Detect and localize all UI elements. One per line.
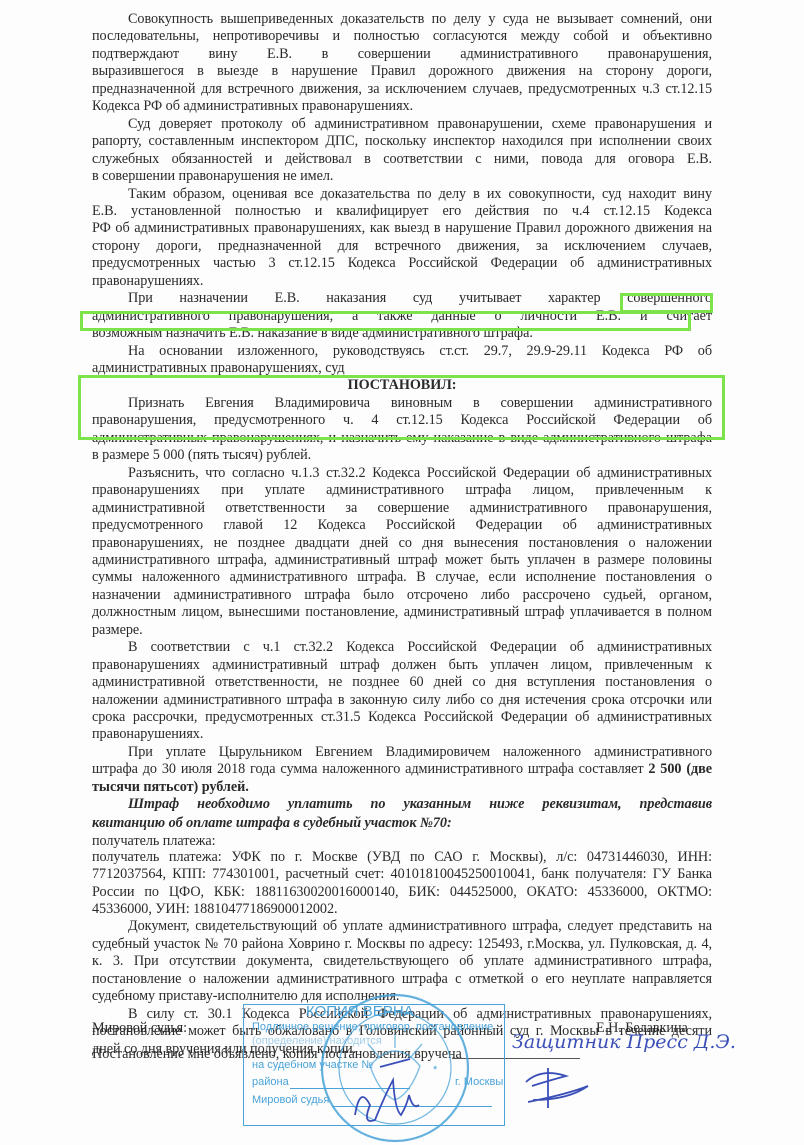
svg-text:*: *: [433, 1064, 438, 1076]
stamp-city: г. Москвы: [455, 1077, 503, 1088]
document-line: подтверждают вину Е.В. в совершении адми…: [92, 45, 712, 63]
document-line: предназначенной для встречного движения,…: [92, 80, 712, 98]
document-line: Суд доверяет протоколу об административн…: [128, 115, 712, 133]
judge-signature-icon: [345, 1055, 425, 1135]
document-line: Кодекса РФ об административных правонару…: [92, 97, 712, 115]
document-line: судебный участок № 70 района Ховрино г. …: [92, 935, 712, 953]
document-line: к. 3. При отсутствии документа, свидетел…: [92, 952, 712, 970]
document-line: Разъяснить, что согласно ч.1.3 ст.32.2 К…: [128, 464, 712, 482]
document-line: должностным лицом, вынесшими постановлен…: [92, 603, 712, 621]
document-line: административного правонарушения, а такж…: [92, 307, 712, 325]
document-line: административных правонарушениях, и назн…: [92, 429, 712, 447]
document-line: наложении административного штрафа в зак…: [92, 691, 712, 709]
document-line: административной ответственности, не поз…: [92, 673, 712, 691]
document-line: в размере 5 000 (пять тысяч) рублей.: [92, 446, 712, 464]
document-line: Штраф необходимо уплатить по указанным н…: [128, 795, 712, 813]
stamp-title: КОПИЯ ВЕРНА: [306, 1004, 414, 1019]
reduced-fine-amount: 2 500 (две: [648, 761, 712, 777]
document-line: Таким образом, оценивая все доказательст…: [128, 185, 712, 203]
document-line: правонарушениях при уплате административ…: [92, 481, 712, 499]
document-line: В соответствии с ч.1 ст.32.2 Кодекса Рос…: [128, 638, 712, 656]
document-line: предусмотренных частью 3 ст.12.15 Кодекс…: [92, 254, 712, 272]
document-line: квитанцию об оплате штрафа в судебный уч…: [92, 814, 712, 832]
document-line: Документ, свидетельствующий об уплате ад…: [128, 917, 712, 935]
document-line: рапорту, составленным инспектором ДПС, п…: [92, 132, 712, 150]
document-line: 7712037564, КПП: 774301001, расчетный сч…: [92, 865, 712, 883]
document-line: ПОСТАНОВИЛ:: [92, 376, 712, 394]
document-line: При назначении Е.В. наказания суд учитыв…: [128, 289, 712, 307]
document-line: назначении административного штрафа было…: [92, 586, 712, 604]
document-line: срока рассрочки, предусмотренных ст.31.5…: [92, 708, 712, 726]
document-line: сторону дороги, предназначенной для встр…: [92, 237, 712, 255]
document-line: административной ответственности за сове…: [92, 499, 712, 517]
document-line: получатель платежа: УФК по г. Москве (УВ…: [92, 848, 712, 866]
document-line: Совокупность вышеприведенных доказательс…: [128, 10, 712, 28]
document-line: правонарушениях административный штраф д…: [92, 656, 712, 674]
stamp-district-label: района: [252, 1077, 289, 1088]
document-line: России по ЦФО, КБК: 18811630020016000140…: [92, 883, 712, 901]
document-line: суммы наложенного административного штра…: [92, 568, 712, 586]
line-text: штрафа до 30 июля 2018 года сумма наложе…: [92, 761, 648, 777]
document-line: При уплате Цырульником Евгением Владимир…: [128, 743, 712, 761]
document-line: 45336000, УИН: 18810477186900012002.: [92, 900, 712, 918]
document-line: На основании изложенного, руководствуясь…: [128, 342, 712, 360]
document-line: административного штрафа, административн…: [92, 551, 712, 569]
stamp-line-1: Подлинное решение, приговор, постановлен…: [252, 1022, 493, 1033]
document-page: Совокупность вышеприведенных доказательс…: [0, 0, 804, 1145]
document-line: служебных обязанностей и действовал в со…: [92, 150, 712, 168]
document-line: административных правонарушениях, суд: [92, 359, 712, 377]
document-line: штрафа до 30 июля 2018 года сумма наложе…: [92, 760, 712, 778]
document-line: возможным назначить Е.В. наказание в вид…: [92, 324, 712, 342]
svg-text:Защитник Пресс Д.Э.: Защитник Пресс Д.Э.: [512, 1031, 736, 1053]
document-line: постановление о наложении административн…: [92, 970, 712, 988]
document-line: в совершении правонарушения не имел.: [92, 167, 712, 185]
document-line: предусмотренного главой 12 Кодекса Росси…: [92, 516, 712, 534]
document-line: Признать Евгения Владимировича виновным …: [128, 394, 712, 412]
document-line: последовательны, непротиворечивы и полно…: [92, 27, 712, 45]
document-line: правонарушения, предусмотренного ч. 4 ст…: [92, 411, 712, 429]
document-line: тысячи пятьсот) рублей.: [92, 778, 712, 796]
document-line: размере.: [92, 621, 712, 639]
document-line: правонарушениях.: [92, 272, 712, 290]
document-line: правонарушениях.: [92, 725, 712, 743]
document-line: Е.В. установленной полностью и квалифици…: [92, 202, 712, 220]
stamp-judge-label: Мировой судья: [252, 1095, 329, 1106]
handwritten-defender-note-icon: Защитник Пресс Д.Э.: [508, 1020, 758, 1125]
document-line: РФ об административных правонарушениях, …: [92, 219, 712, 237]
document-line: выразившегося в выезде в нарушение Прави…: [92, 62, 712, 80]
stamp-line-2: (определение) находится: [252, 1036, 382, 1047]
document-line: правонарушениях, не позднее двадцати дне…: [92, 534, 712, 552]
